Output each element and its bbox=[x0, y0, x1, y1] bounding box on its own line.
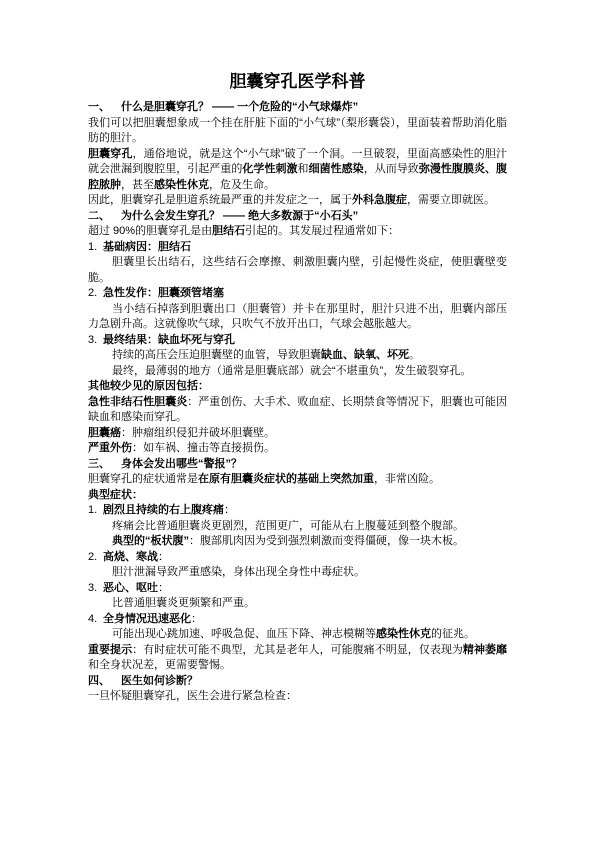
list-item: 2.高烧、寒战： bbox=[88, 550, 507, 566]
bold-text-run: 在原有胆囊炎症状的基础上突然加重 bbox=[198, 473, 374, 485]
text-run: 当小结石掉落到胆囊出口（胆囊管）并卡在那里时，胆汁只进不出，胆囊内部压力急剧升高… bbox=[88, 303, 507, 331]
bold-text-run: 医生如何诊断？ bbox=[121, 675, 198, 687]
bold-text-run: 感染性休克 bbox=[376, 628, 431, 640]
bold-text-run: 胆囊癌 bbox=[88, 427, 121, 439]
list-item: 1.基础病因：胆结石 bbox=[88, 240, 507, 256]
list-item-text: 急性发作：胆囊颈管堵塞 bbox=[103, 286, 507, 302]
bold-text-run: 精神萎靡 bbox=[463, 644, 507, 656]
text-run: 比普通胆囊炎更频繁和严重。 bbox=[112, 597, 255, 609]
list-description: 当小结石掉落到胆囊出口（胆囊管）并卡在那里时，胆汁只进不出，胆囊内部压力急剧升高… bbox=[88, 302, 507, 333]
text-run: ，危及生命。 bbox=[209, 179, 275, 191]
list-number: 3. bbox=[88, 581, 103, 597]
text-run: 。 bbox=[409, 349, 420, 361]
list-description: 胆汁泄漏导致严重感染，身体出现全身性中毒症状。 bbox=[88, 565, 507, 581]
list-item-text: 高烧、寒战： bbox=[103, 550, 507, 566]
paragraph: 其他较少见的原因包括： bbox=[88, 379, 507, 395]
paragraph: 因此，胆囊穿孔是胆道系统最严重的并发症之一，属于外科急腹症，需要立即就医。 bbox=[88, 193, 507, 209]
bold-text-run: 高烧、寒战 bbox=[103, 551, 158, 563]
list-description: 最终，最薄弱的地方（通常是胆囊底部）就会“不堪重负”，发生破裂穿孔。 bbox=[88, 364, 507, 380]
paragraph: 典型症状： bbox=[88, 488, 507, 504]
text-run: ： bbox=[158, 582, 169, 594]
text-run: 一旦怀疑胆囊穿孔，医生会进行紧急检查： bbox=[88, 690, 297, 702]
list-item: 3.最终结果：缺血坏死与穿孔 bbox=[88, 333, 507, 349]
bold-text-run: 恶心、呕吐 bbox=[103, 582, 158, 594]
text-run: 引起的。其发展过程通常如下： bbox=[245, 225, 399, 237]
list-item-text: 基础病因：胆结石 bbox=[103, 240, 507, 256]
text-run: ，非常凶险。 bbox=[374, 473, 440, 485]
list-number: 4. bbox=[88, 612, 103, 628]
document-title: 胆囊穿孔医学科普 bbox=[88, 70, 507, 94]
bold-text-run: 胆囊穿孔 bbox=[88, 148, 133, 160]
bold-text-run: 胆结石 bbox=[212, 225, 245, 237]
text-run: ： bbox=[191, 613, 202, 625]
section-heading: 四、医生如何诊断？ bbox=[88, 674, 507, 690]
bold-text-run: 感染性休克 bbox=[154, 179, 209, 191]
document-page: 胆囊穿孔医学科普 一、什么是胆囊穿孔？ —— 一个危险的“小气球爆炸”我们可以把… bbox=[0, 0, 595, 841]
bold-text-run: 重要提示 bbox=[88, 644, 132, 656]
text-run: 超过 90%的胆囊穿孔是由 bbox=[88, 225, 212, 237]
text-run: ，从而导致 bbox=[364, 163, 419, 175]
cause-item: 胆囊癌：肿瘤组织侵犯并破坏胆囊壁。 bbox=[88, 426, 507, 442]
text-run: ，甚至 bbox=[121, 179, 154, 191]
text-run: 胆囊里长出结石，这些结石会摩擦、刺激胆囊内壁，引起慢性炎症，使胆囊壁变脆。 bbox=[88, 256, 507, 284]
section-number: 三、 bbox=[88, 458, 110, 470]
bold-text-run: 缺血、缺氧、坏死 bbox=[321, 349, 409, 361]
bold-text-run: 化学性刺激 bbox=[242, 163, 297, 175]
bold-text-run: 严重外伤 bbox=[88, 442, 132, 454]
paragraph: 一旦怀疑胆囊穿孔，医生会进行紧急检查： bbox=[88, 689, 507, 705]
list-description: 持续的高压会压迫胆囊壁的血管，导致胆囊缺血、缺氧、坏死。 bbox=[88, 348, 507, 364]
paragraph: 超过 90%的胆囊穿孔是由胆结石引起的。其发展过程通常如下： bbox=[88, 224, 507, 240]
bold-text-run: 什么是胆囊穿孔？ —— 一个危险的“小气球爆炸” bbox=[121, 101, 358, 113]
text-run: ：有时症状可能不典型，尤其是老年人，可能腹痛不明显，仅表现为 bbox=[132, 644, 463, 656]
list-item: 2.急性发作：胆囊颈管堵塞 bbox=[88, 286, 507, 302]
bold-text-run: 细菌性感染 bbox=[309, 163, 364, 175]
text-run: 持续的高压会压迫胆囊壁的血管，导致胆囊 bbox=[112, 349, 321, 361]
text-run: 可能出现心跳加速、呼吸急促、血压下降、神志模糊等 bbox=[112, 628, 376, 640]
list-description: 比普通胆囊炎更频繁和严重。 bbox=[88, 596, 507, 612]
list-number: 2. bbox=[88, 286, 103, 302]
text-run: 的征兆。 bbox=[431, 628, 475, 640]
text-run: 最终，最薄弱的地方（通常是胆囊底部）就会“不堪重负”，发生破裂穿孔。 bbox=[112, 365, 471, 377]
list-item-text: 剧烈且持续的右上腹疼痛： bbox=[103, 503, 507, 519]
text-run: 疼痛会比普通胆囊炎更剧烈，范围更广，可能从右上腹蔓延到整个腹部。 bbox=[112, 520, 464, 532]
bold-text-run: 其他较少见的原因包括： bbox=[88, 380, 209, 392]
list-description: 疼痛会比普通胆囊炎更剧烈，范围更广，可能从右上腹蔓延到整个腹部。 bbox=[88, 519, 507, 535]
list-description: 典型的“板状腹”：腹部肌肉因为受到强烈刺激而变得僵硬，像一块木板。 bbox=[88, 534, 507, 550]
list-number: 3. bbox=[88, 333, 103, 349]
document-content: 一、什么是胆囊穿孔？ —— 一个危险的“小气球爆炸”我们可以把胆囊想象成一个挂在… bbox=[88, 100, 507, 705]
bold-text-run: 为什么会发生穿孔？ —— 绝大多数源于“小石头” bbox=[121, 210, 358, 222]
section-number: 四、 bbox=[88, 675, 110, 687]
text-run: ：肿瘤组织侵犯并破坏胆囊壁。 bbox=[121, 427, 275, 439]
text-run: 我们可以把胆囊想象成一个挂在肝脏下面的“小气球”（梨形囊袋），里面装着帮助消化脂… bbox=[88, 117, 507, 145]
list-item: 4.全身情况迅速恶化： bbox=[88, 612, 507, 628]
list-item: 3.恶心、呕吐： bbox=[88, 581, 507, 597]
bold-text-run: 典型的“板状腹” bbox=[112, 535, 189, 547]
section-number: 二、 bbox=[88, 210, 110, 222]
section-heading: 二、为什么会发生穿孔？ —— 绝大多数源于“小石头” bbox=[88, 209, 507, 225]
bold-text-run: 基础病因：胆结石 bbox=[103, 241, 191, 253]
list-number: 2. bbox=[88, 550, 103, 566]
bold-text-run: 全身情况迅速恶化 bbox=[103, 613, 191, 625]
list-item-text: 恶心、呕吐： bbox=[103, 581, 507, 597]
bold-text-run: 剧烈且持续的右上腹疼痛 bbox=[103, 504, 224, 516]
bold-text-run: 外科急腹症 bbox=[352, 194, 407, 206]
text-run: 和 bbox=[298, 163, 309, 175]
list-description: 胆囊里长出结石，这些结石会摩擦、刺激胆囊内壁，引起慢性炎症，使胆囊壁变脆。 bbox=[88, 255, 507, 286]
bold-text-run: 急性非结石性胆囊炎 bbox=[88, 396, 187, 408]
paragraph: 我们可以把胆囊想象成一个挂在肝脏下面的“小气球”（梨形囊袋），里面装着帮助消化脂… bbox=[88, 116, 507, 147]
list-number: 1. bbox=[88, 240, 103, 256]
list-number: 1. bbox=[88, 503, 103, 519]
list-item: 1.剧烈且持续的右上腹疼痛： bbox=[88, 503, 507, 519]
list-item-text: 最终结果：缺血坏死与穿孔 bbox=[103, 333, 507, 349]
list-description: 可能出现心跳加速、呼吸急促、血压下降、神志模糊等感染性休克的征兆。 bbox=[88, 627, 507, 643]
paragraph: 重要提示：有时症状可能不典型，尤其是老年人，可能腹痛不明显，仅表现为精神萎靡和全… bbox=[88, 643, 507, 674]
paragraph: 胆囊穿孔，通俗地说，就是这个“小气球”破了一个洞。一旦破裂，里面高感染性的胆汁就… bbox=[88, 147, 507, 194]
section-heading: 三、身体会发出哪些“警报”？ bbox=[88, 457, 507, 473]
section-heading: 一、什么是胆囊穿孔？ —— 一个危险的“小气球爆炸” bbox=[88, 100, 507, 116]
list-item-text: 全身情况迅速恶化： bbox=[103, 612, 507, 628]
bold-text-run: 身体会发出哪些“警报”？ bbox=[121, 458, 242, 470]
paragraph: 胆囊穿孔的症状通常是在原有胆囊炎症状的基础上突然加重，非常凶险。 bbox=[88, 472, 507, 488]
text-run: ：如车祸、撞击等直接损伤。 bbox=[132, 442, 275, 454]
bold-text-run: 典型症状： bbox=[88, 489, 143, 501]
text-run: ，需要立即就医。 bbox=[407, 194, 495, 206]
cause-item: 严重外伤：如车祸、撞击等直接损伤。 bbox=[88, 441, 507, 457]
text-run: 胆囊穿孔的症状通常是 bbox=[88, 473, 198, 485]
text-run: 因此，胆囊穿孔是胆道系统最严重的并发症之一，属于 bbox=[88, 194, 352, 206]
text-run: ：腹部肌肉因为受到强烈刺激而变得僵硬，像一块木板。 bbox=[189, 535, 464, 547]
text-run: 胆汁泄漏导致严重感染，身体出现全身性中毒症状。 bbox=[112, 566, 365, 578]
section-number: 一、 bbox=[88, 101, 110, 113]
text-run: ： bbox=[224, 504, 235, 516]
text-run: 和全身状况差，更需要警惕。 bbox=[88, 659, 231, 671]
bold-text-run: 急性发作：胆囊颈管堵塞 bbox=[103, 287, 224, 299]
cause-item: 急性非结石性胆囊炎：严重创伤、大手术、败血症、长期禁食等情况下，胆囊也可能因缺血… bbox=[88, 395, 507, 426]
bold-text-run: 最终结果：缺血坏死与穿孔 bbox=[103, 334, 235, 346]
text-run: ： bbox=[158, 551, 169, 563]
